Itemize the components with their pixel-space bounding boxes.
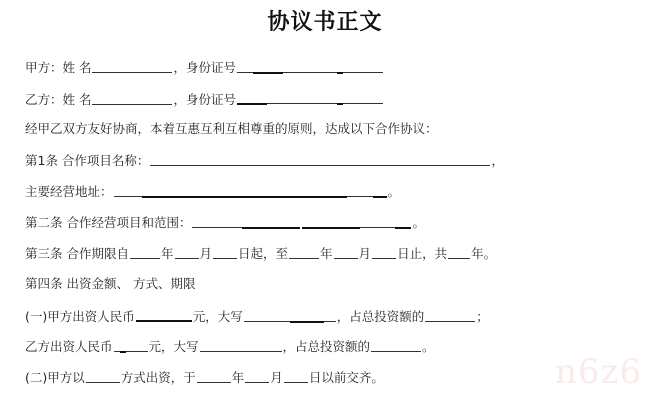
article2-label: 第二条 合作经营项目和范围： [25,213,191,233]
address-end: 。 [388,182,401,202]
item1-a-share: ，占总投资额的 [337,307,425,327]
item2-month: 月 [270,368,283,388]
item1-b-label: 乙方出资人民币 [25,337,113,357]
address-field[interactable] [114,182,387,198]
end-year-field[interactable] [289,244,319,259]
item1-b-share: ，占总投资额的 [283,337,371,357]
party-a-amount-field[interactable] [136,306,192,322]
item2-year: 年 [232,368,245,388]
article1-end: ， [491,151,504,171]
item2-label: (二)甲方以 [25,368,85,388]
article2-end: 。 [412,213,425,233]
party-a-amount-words-field[interactable] [244,307,336,323]
intro-line: 经甲乙双方友好协商，本着互惠互利互相尊重的原则，达成以下合作协议： [25,119,438,139]
business-scope-field[interactable] [192,213,411,229]
article3-label: 第三条 合作期限自 [25,244,129,264]
payment-method-field[interactable] [86,368,120,383]
start-year-field[interactable] [130,244,160,259]
payment-month-field[interactable] [245,368,269,383]
total-years-field[interactable] [448,244,470,259]
item1-a-label: (一)甲方出资人民币 [25,307,135,327]
party-b-line: 乙方：姓 名，身份证号 [25,88,384,108]
end-month-field[interactable] [334,244,358,259]
party-b-name-label: 乙方：姓 名 [25,90,91,110]
party-a-name-label: 甲方：姓 名 [25,58,91,78]
project-name-field[interactable] [150,151,490,166]
document-title: 协议书正文 [0,8,650,38]
item1-a-yuan: 元，大写 [193,307,243,327]
party-b-id-field[interactable] [237,89,383,105]
year-label-2: 年 [320,244,333,264]
party-a-share-field[interactable] [425,307,475,322]
party-b-share-field[interactable] [371,337,421,352]
watermark: n6z6 [555,352,642,392]
item2-method: 方式出资，于 [121,368,196,388]
address-line: 主要经营地址：。 [25,181,400,201]
item1-b-yuan: 元，大写 [149,337,199,357]
day-start-label: 日起，至 [238,244,288,264]
party-a-id-field[interactable] [237,58,383,74]
party-a-name-field[interactable] [92,58,172,73]
article1-line: 第1条 合作项目名称：， [25,150,504,170]
item1-party-a-line: (一)甲方出资人民币元，大写，占总投资额的； [25,305,489,325]
address-label: 主要经营地址： [25,182,113,202]
month-label: 月 [200,244,213,264]
article2-line: 第二条 合作经营项目和范围：。 [25,212,425,232]
month-label-2: 月 [359,244,372,264]
end-day-field[interactable] [372,244,396,259]
start-month-field[interactable] [175,244,199,259]
item2-line: (二)甲方以方式出资，于年月日以前交齐。 [25,367,384,387]
start-day-field[interactable] [213,244,237,259]
item1-a-end: ； [476,307,489,327]
item1-party-b-line: 乙方出资人民币元，大写，占总投资额的。 [25,336,435,356]
day-end-label: 日止，共 [397,244,447,264]
item2-end: 日以前交齐。 [309,368,384,388]
item1-b-end: 。 [422,337,435,357]
article1-label: 第1条 合作项目名称： [25,151,149,171]
party-b-id-label: ，身份证号 [173,90,236,110]
party-b-amount-words-field[interactable] [200,337,282,352]
party-b-name-field[interactable] [92,90,172,105]
total-years-label: 年。 [471,244,496,264]
article3-line: 第三条 合作期限自年月日起，至年月日止，共年。 [25,243,496,263]
party-a-id-label: ，身份证号 [173,58,236,78]
year-label: 年 [161,244,174,264]
payment-day-field[interactable] [284,368,308,383]
party-b-amount-field[interactable] [114,337,148,353]
article4-line: 第四条 出资金额、 方式、期限 [25,274,195,294]
payment-year-field[interactable] [197,368,231,383]
party-a-line: 甲方：姓 名，身份证号 [25,57,384,77]
